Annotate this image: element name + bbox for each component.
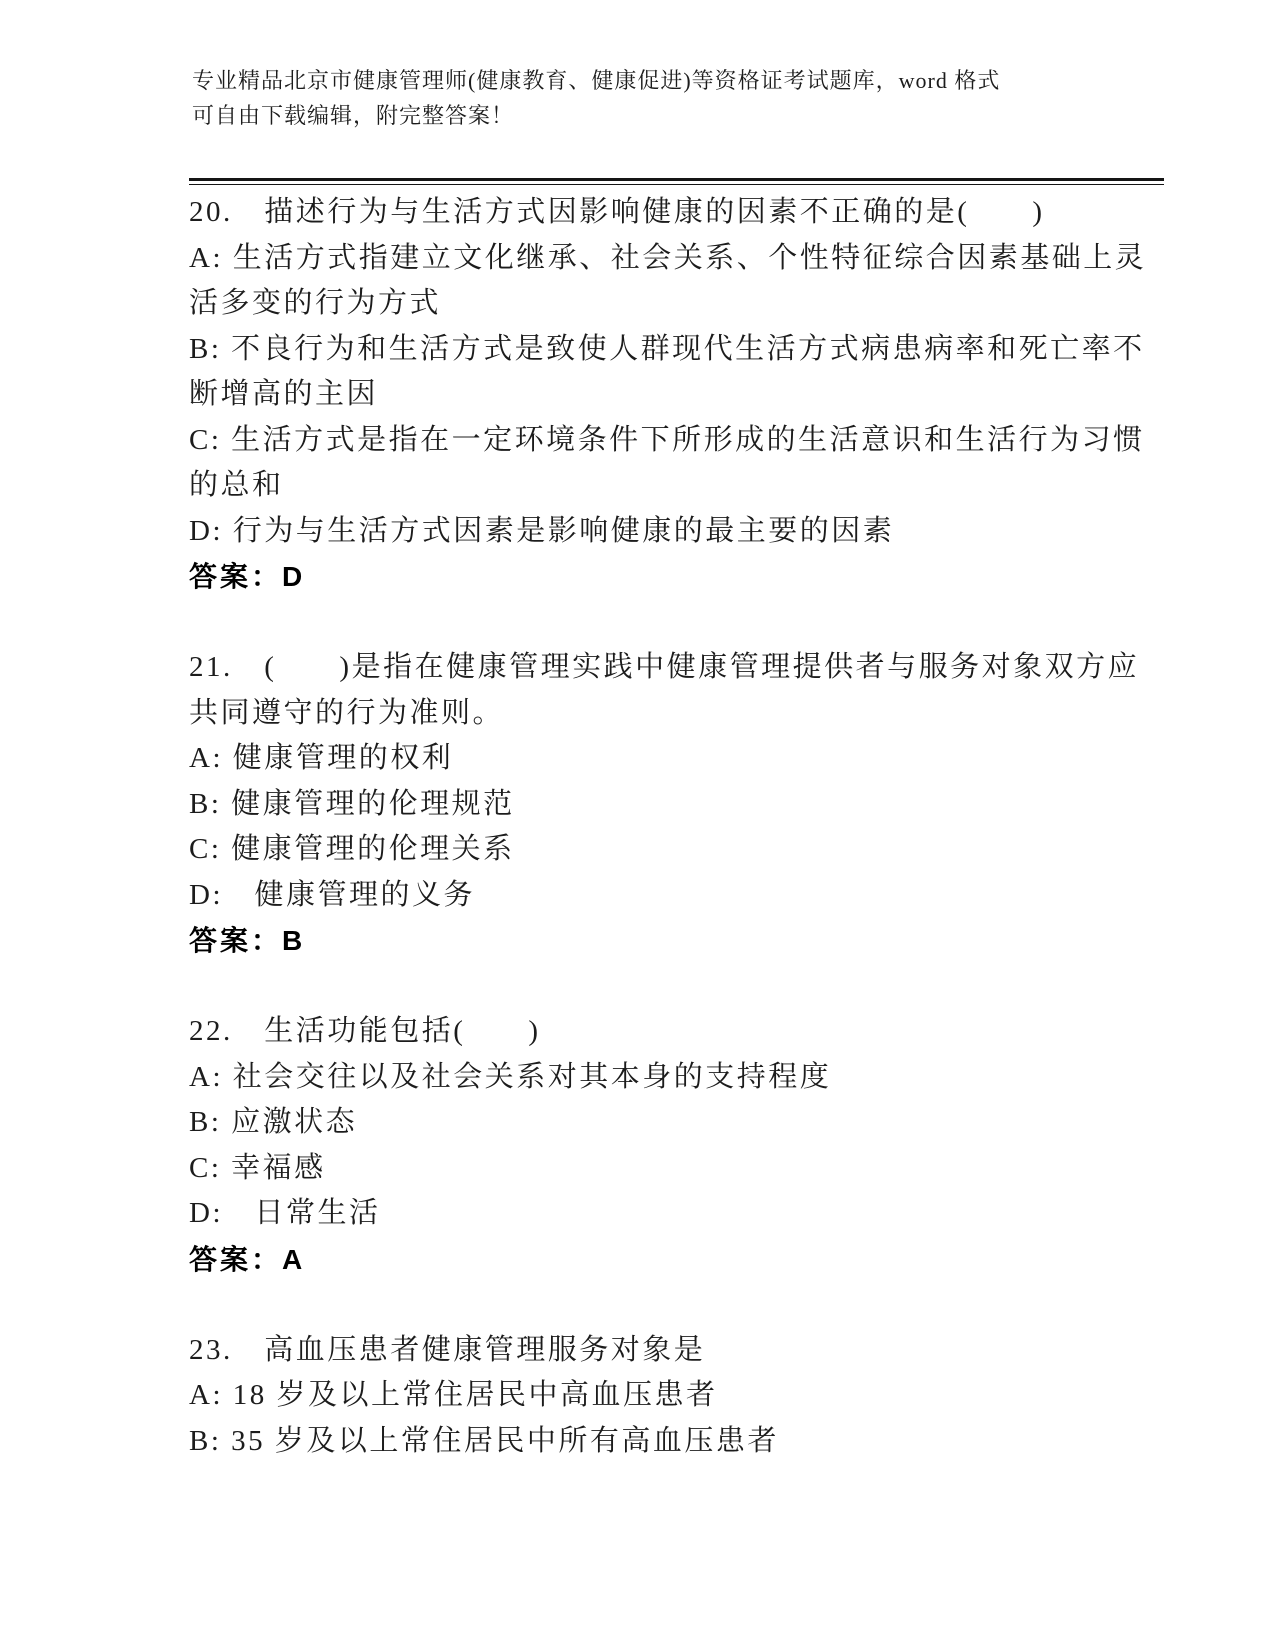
option-d: D: 健康管理的义务	[189, 873, 1164, 919]
header-divider	[189, 178, 1164, 185]
option-b: B: 应激状态	[189, 1100, 1164, 1146]
question-title: 23. 高血压患者健康管理服务对象是	[189, 1328, 1164, 1374]
option-c: C: 健康管理的伦理关系	[189, 827, 1164, 873]
option-b: B: 35 岁及以上常住居民中所有高血压患者	[189, 1419, 1164, 1465]
question-block-22: 22. 生活功能包括( ) A: 社会交往以及社会关系对其本身的支持程度 B: …	[189, 1009, 1164, 1282]
question-title: 20. 描述行为与生活方式因影响健康的因素不正确的是( )	[189, 190, 1164, 236]
option-b: B: 健康管理的伦理规范	[189, 782, 1164, 828]
question-title: 21. ( )是指在健康管理实践中健康管理提供者与服务对象双方应共同遵守的行为准…	[189, 645, 1164, 736]
option-c: C: 幸福感	[189, 1146, 1164, 1192]
question-block-21: 21. ( )是指在健康管理实践中健康管理提供者与服务对象双方应共同遵守的行为准…	[189, 645, 1164, 964]
header-line-1: 专业精品北京市健康管理师(健康教育、健康促进)等资格证考试题库，word 格式	[192, 63, 1167, 98]
question-block-23: 23. 高血压患者健康管理服务对象是 A: 18 岁及以上常住居民中高血压患者 …	[189, 1328, 1164, 1465]
document-body: 20. 描述行为与生活方式因影响健康的因素不正确的是( ) A: 生活方式指建立…	[189, 190, 1164, 1464]
question-title: 22. 生活功能包括( )	[189, 1009, 1164, 1055]
document-page: 专业精品北京市健康管理师(健康教育、健康促进)等资格证考试题库，word 格式 …	[0, 0, 1275, 1650]
answer-line: 答案：B	[189, 918, 1164, 964]
answer-line: 答案：A	[189, 1237, 1164, 1283]
option-a: A: 18 岁及以上常住居民中高血压患者	[189, 1373, 1164, 1419]
option-a: A: 社会交往以及社会关系对其本身的支持程度	[189, 1055, 1164, 1101]
option-d: D: 日常生活	[189, 1191, 1164, 1237]
option-a: A: 生活方式指建立文化继承、社会关系、个性特征综合因素基础上灵活多变的行为方式	[189, 236, 1164, 327]
page-header: 专业精品北京市健康管理师(健康教育、健康促进)等资格证考试题库，word 格式 …	[192, 0, 1167, 133]
option-d: D: 行为与生活方式因素是影响健康的最主要的因素	[189, 509, 1164, 555]
option-a: A: 健康管理的权利	[189, 736, 1164, 782]
option-c: C: 生活方式是指在一定环境条件下所形成的生活意识和生活行为习惯的总和	[189, 418, 1164, 509]
question-block-20: 20. 描述行为与生活方式因影响健康的因素不正确的是( ) A: 生活方式指建立…	[189, 190, 1164, 600]
answer-line: 答案：D	[189, 554, 1164, 600]
header-line-2: 可自由下载编辑，附完整答案！	[192, 98, 1167, 133]
option-b: B: 不良行为和生活方式是致使人群现代生活方式病患病率和死亡率不断增高的主因	[189, 327, 1164, 418]
